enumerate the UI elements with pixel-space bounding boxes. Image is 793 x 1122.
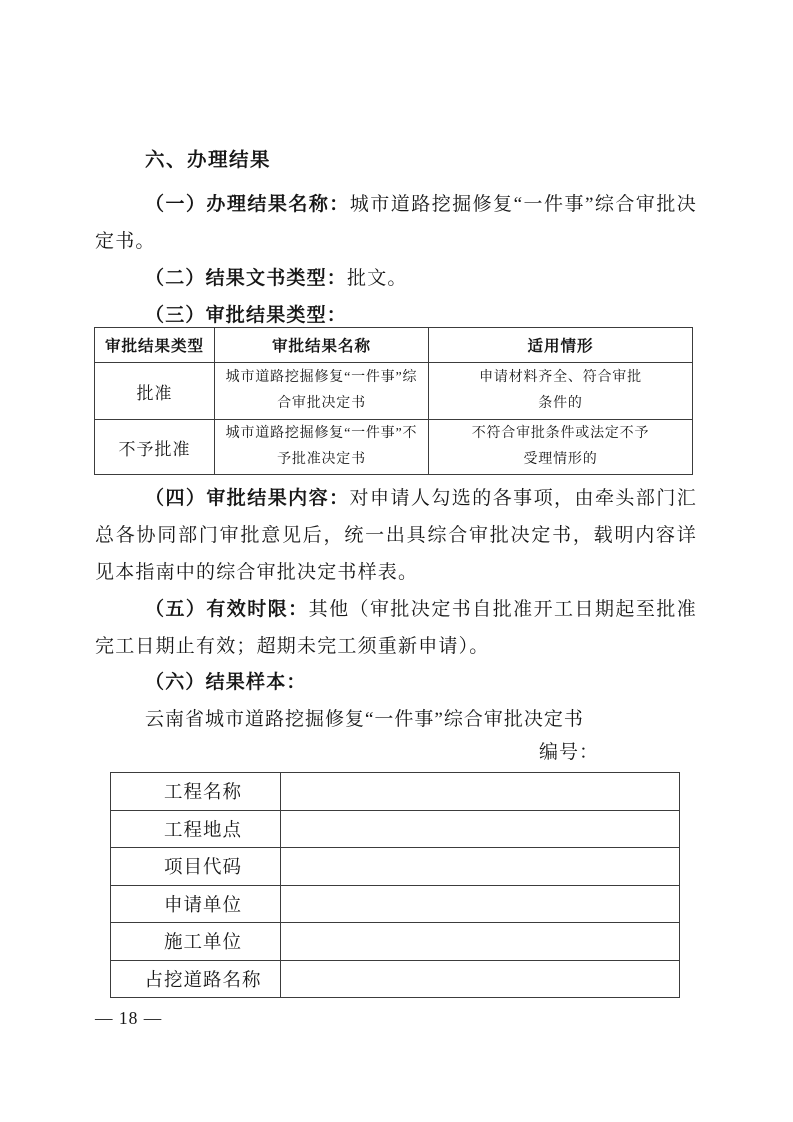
paragraph-lead: （二）结果文书类型： bbox=[145, 268, 347, 289]
sample-document-title: 云南省城市道路挖掘修复“一件事”综合审批决定书 bbox=[95, 701, 697, 738]
paragraph-lead: （三）审批结果类型： bbox=[145, 305, 347, 326]
form-row: 工程地点 bbox=[111, 810, 680, 848]
cell-result-name: 城市道路挖掘修复“一件事”不 予批准决定书 bbox=[215, 420, 429, 475]
paragraph-doc-type: （二）结果文书类型：批文。 bbox=[95, 260, 697, 297]
cell-applicable-case: 申请材料齐全、符合审批 条件的 bbox=[429, 363, 693, 420]
form-value-cell bbox=[281, 848, 680, 886]
column-header-applicable-case: 适用情形 bbox=[429, 328, 693, 363]
column-header-result-name: 审批结果名称 bbox=[215, 328, 429, 363]
column-header-result-type: 审批结果类型 bbox=[95, 328, 215, 363]
paragraph-result-sample: （六）结果样本： bbox=[95, 664, 697, 701]
form-label-project-location: 工程地点 bbox=[111, 810, 281, 848]
cell-result-type: 不予批准 bbox=[95, 420, 215, 475]
paragraph-valid-period: （五）有效时限：其他（审批决定书自批准开工日期起至批准完工日期止有效；超期未完工… bbox=[95, 591, 697, 665]
paragraph-lead: （一）办理结果名称： bbox=[145, 194, 350, 215]
paragraph-result-name: （一）办理结果名称：城市道路挖掘修复“一件事”综合审批决定书。 bbox=[95, 186, 697, 260]
paragraph-text: 批文。 bbox=[347, 268, 408, 289]
paragraph-lead: （四）审批结果内容： bbox=[145, 488, 350, 509]
form-value-cell bbox=[281, 960, 680, 998]
form-label-occupied-road-name: 占挖道路名称 bbox=[111, 960, 281, 998]
table-row: 不予批准 城市道路挖掘修复“一件事”不 予批准决定书 不符合审批条件或法定不予 … bbox=[95, 420, 693, 475]
form-label-applicant-unit: 申请单位 bbox=[111, 885, 281, 923]
form-label-construction-unit: 施工单位 bbox=[111, 923, 281, 961]
form-label-project-name: 工程名称 bbox=[111, 773, 281, 811]
paragraph-lead: （五）有效时限： bbox=[145, 599, 309, 620]
form-row: 申请单位 bbox=[111, 885, 680, 923]
document-page: 六、办理结果 （一）办理结果名称：城市道路挖掘修复“一件事”综合审批决定书。 （… bbox=[0, 0, 793, 1122]
form-value-cell bbox=[281, 773, 680, 811]
form-row: 占挖道路名称 bbox=[111, 960, 680, 998]
serial-number-line: 编号： bbox=[95, 739, 697, 767]
form-value-cell bbox=[281, 923, 680, 961]
serial-number-label: 编号： bbox=[539, 742, 599, 763]
form-row: 工程名称 bbox=[111, 773, 680, 811]
form-value-cell bbox=[281, 885, 680, 923]
cell-result-type: 批准 bbox=[95, 363, 215, 420]
form-label-project-code: 项目代码 bbox=[111, 848, 281, 886]
form-value-cell bbox=[281, 810, 680, 848]
cell-applicable-case: 不符合审批条件或法定不予 受理情形的 bbox=[429, 420, 693, 475]
paragraph-result-content: （四）审批结果内容：对申请人勾选的各事项，由牵头部门汇总各协同部门审批意见后，统… bbox=[95, 480, 697, 591]
table-header-row: 审批结果类型 审批结果名称 适用情形 bbox=[95, 328, 693, 363]
form-row: 施工单位 bbox=[111, 923, 680, 961]
sample-form-table: 工程名称 工程地点 项目代码 申请单位 施工单位 占挖道路名称 bbox=[110, 772, 680, 998]
paragraph-lead: （六）结果样本： bbox=[145, 672, 307, 693]
section-heading: 六、办理结果 bbox=[95, 147, 697, 173]
table-row: 批准 城市道路挖掘修复“一件事”综 合审批决定书 申请材料齐全、符合审批 条件的 bbox=[95, 363, 693, 420]
page-number: — 18 — bbox=[95, 1006, 697, 1030]
cell-result-name: 城市道路挖掘修复“一件事”综 合审批决定书 bbox=[215, 363, 429, 420]
approval-result-table: 审批结果类型 审批结果名称 适用情形 批准 城市道路挖掘修复“一件事”综 合审批… bbox=[94, 327, 693, 475]
form-row: 项目代码 bbox=[111, 848, 680, 886]
